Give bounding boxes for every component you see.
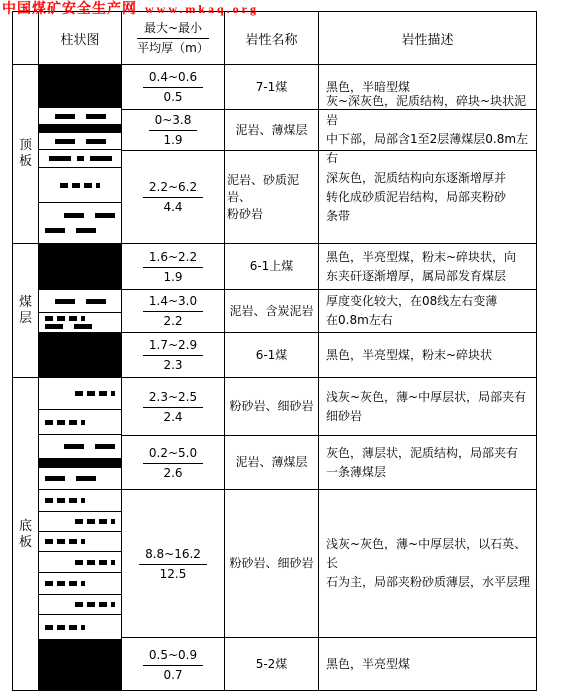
site-title-text: 中国煤矿安全生产网 <box>2 1 137 17</box>
thickness-max-min: 2.2~6.2 <box>143 179 203 198</box>
thickness-cell: 0~3.81.9 <box>122 110 225 150</box>
thickness-fraction: 1.6~2.21.9 <box>143 249 203 285</box>
lithology-desc-cell: 浅灰~灰色，薄~中厚层状，局部夹有 细砂岩 <box>319 378 536 435</box>
strat-pattern-cell-solid <box>39 244 121 290</box>
group-label-column: 顶板煤层底板 <box>13 65 39 691</box>
group-label: 顶板 <box>13 65 38 244</box>
table-row: 1.4~3.02.2泥岩、含炭泥岩厚度变化较大，在08线左右变薄 在0.8m左右 <box>122 290 536 333</box>
lithology-name-cell: 7-1煤 <box>225 65 319 109</box>
strat-pattern-cell-dash2l <box>39 468 121 490</box>
site-title: 中国煤矿安全生产网www.mkaq.org <box>2 0 259 18</box>
header-thickness-avg: 平均厚（m） <box>137 39 209 56</box>
header-blank-cell <box>13 12 39 64</box>
stratigraphy-table: 柱状图 最大~最小 平均厚（m） 岩性名称 岩性描述 顶板煤层底板 0.4~0.… <box>12 11 537 691</box>
table-row: 1.6~2.21.96-1上煤黑色，半亮型煤，粉末~碎块状，向 东夹矸逐渐增厚，… <box>122 244 536 290</box>
thickness-cell: 1.6~2.21.9 <box>122 244 225 289</box>
strat-pattern-cell-dots4r <box>39 512 121 532</box>
strat-pattern-cell-dash2x2 <box>39 203 121 244</box>
thickness-cell: 2.2~6.24.4 <box>122 151 225 243</box>
lithology-desc-cell: 浅灰~灰色，薄~中厚层状，以石英、长 石为主，局部夹粉砂质薄层，水平层理 <box>319 490 536 637</box>
thickness-max-min: 0~3.8 <box>149 112 198 131</box>
thickness-fraction: 2.2~6.24.4 <box>143 179 203 215</box>
strat-pattern-cell-dots4c <box>39 168 121 203</box>
data-rows-column: 0.4~0.60.57-1煤黑色，半暗型煤0~3.81.9泥岩、薄煤层灰~深灰色… <box>122 65 536 691</box>
thickness-max-min: 8.8~16.2 <box>139 546 207 565</box>
lithology-desc-cell: 黑色，半亮型煤，粉末~碎块状 <box>319 333 536 377</box>
lithology-desc-cell: 黑色，半亮型煤，粉末~碎块状，向 东夹矸逐渐增厚，属局部发育煤层 <box>319 244 536 289</box>
strat-pattern-cell-dash2c <box>39 133 121 150</box>
thickness-max-min: 1.4~3.0 <box>143 293 203 312</box>
thickness-cell: 1.4~3.02.2 <box>122 290 225 332</box>
thickness-avg: 0.7 <box>143 666 203 683</box>
thickness-fraction: 1.4~3.02.2 <box>143 293 203 329</box>
thickness-avg: 2.4 <box>143 408 203 425</box>
thickness-fraction: 0.4~0.60.5 <box>143 69 203 105</box>
lithology-name-cell: 泥岩、薄煤层 <box>225 110 319 150</box>
table-row: 8.8~16.212.5粉砂岩、细砂岩浅灰~灰色，薄~中厚层状，以石英、长 石为… <box>122 490 536 638</box>
strat-pattern-cell-dash2r <box>39 435 121 459</box>
thickness-fraction: 2.3~2.52.4 <box>143 389 203 425</box>
thickness-max-min: 2.3~2.5 <box>143 389 203 408</box>
thickness-cell: 1.7~2.92.3 <box>122 333 225 377</box>
strat-pattern-cell-dots4l <box>39 532 121 552</box>
strat-pattern-cell-dots4l <box>39 410 121 435</box>
strat-pattern-cell-dots4r <box>39 378 121 410</box>
thickness-avg: 2.6 <box>143 464 203 481</box>
thickness-avg: 0.5 <box>143 88 203 105</box>
group-label: 煤层 <box>13 244 38 378</box>
thickness-avg: 2.2 <box>143 312 203 329</box>
thickness-cell: 2.3~2.52.4 <box>122 378 225 435</box>
strat-pattern-cell-dots4r <box>39 552 121 573</box>
table-body: 顶板煤层底板 0.4~0.60.57-1煤黑色，半暗型煤0~3.81.9泥岩、薄… <box>13 65 536 691</box>
table-header-row: 柱状图 最大~最小 平均厚（m） 岩性名称 岩性描述 <box>13 12 536 65</box>
strat-pattern-cell-dashdot <box>39 150 121 168</box>
group-label: 底板 <box>13 378 38 691</box>
thickness-cell: 8.8~16.212.5 <box>122 490 225 637</box>
table-row: 2.3~2.52.4粉砂岩、细砂岩浅灰~灰色，薄~中厚层状，局部夹有 细砂岩 <box>122 378 536 436</box>
thickness-fraction: 0.2~5.02.6 <box>143 445 203 481</box>
strat-pattern-cell-dots4r <box>39 595 121 615</box>
site-title-url: www.mkaq.org <box>145 2 259 16</box>
header-thickness-fraction: 最大~最小 平均厚（m） <box>137 20 209 56</box>
header-thickness: 最大~最小 平均厚（m） <box>122 12 225 64</box>
header-thickness-max-min: 最大~最小 <box>137 20 209 39</box>
thickness-max-min: 0.4~0.6 <box>143 69 203 88</box>
table-row: 2.2~6.24.4泥岩、砂质泥岩、 粉砂岩深灰色，泥质结构向东逐渐增厚并 转化… <box>122 151 536 244</box>
thickness-avg: 12.5 <box>139 565 207 582</box>
thickness-avg: 1.9 <box>149 131 198 148</box>
table-row: 1.7~2.92.36-1煤黑色，半亮型煤，粉末~碎块状 <box>122 333 536 378</box>
strat-pattern-cell-solid <box>39 459 121 468</box>
lithology-name-cell: 泥岩、含炭泥岩 <box>225 290 319 332</box>
strat-pattern-column <box>39 65 122 691</box>
table-row: 0.5~0.90.75-2煤黑色，半亮型煤 <box>122 638 536 691</box>
lithology-name-cell: 泥岩、砂质泥岩、 粉砂岩 <box>225 151 319 243</box>
thickness-max-min: 1.6~2.2 <box>143 249 203 268</box>
lithology-name-cell: 6-1上煤 <box>225 244 319 289</box>
table-row: 0.2~5.02.6泥岩、薄煤层灰色，薄层状，泥质结构，局部夹有 一条薄煤层 <box>122 436 536 490</box>
strat-pattern-cell-solid <box>39 125 121 133</box>
strat-pattern-cell-dots4l <box>39 573 121 595</box>
thickness-fraction: 8.8~16.212.5 <box>139 546 207 582</box>
lithology-name-cell: 粉砂岩、细砂岩 <box>225 378 319 435</box>
lithology-name-cell: 粉砂岩、细砂岩 <box>225 490 319 637</box>
thickness-cell: 0.2~5.02.6 <box>122 436 225 489</box>
strat-pattern-cell-solid <box>39 640 121 691</box>
header-lithology-desc: 岩性描述 <box>319 12 536 64</box>
thickness-avg: 4.4 <box>143 198 203 215</box>
strat-pattern-cell-dash2c <box>39 108 121 125</box>
thickness-cell: 0.5~0.90.7 <box>122 638 225 691</box>
thickness-fraction: 0.5~0.90.7 <box>143 647 203 683</box>
header-column-chart: 柱状图 <box>39 12 122 64</box>
lithology-desc-cell: 深灰色，泥质结构向东逐渐增厚并 转化成砂质泥岩结构，局部夹粉砂 条带 <box>319 151 536 243</box>
lithology-name-cell: 泥岩、薄煤层 <box>225 436 319 489</box>
lithology-desc-cell: 灰~深灰色，泥质结构，碎块~块状泥岩 中下部，局部含1至2层薄煤层0.8m左右 <box>319 110 536 150</box>
strat-pattern-cell-dots4l <box>39 490 121 512</box>
strat-pattern-cell-solid <box>39 333 121 378</box>
lithology-desc-cell: 厚度变化较大，在08线左右变薄 在0.8m左右 <box>319 290 536 332</box>
strat-pattern-cell-solid <box>39 65 121 108</box>
thickness-max-min: 0.5~0.9 <box>143 647 203 666</box>
thickness-fraction: 1.7~2.92.3 <box>143 337 203 373</box>
thickness-avg: 1.9 <box>143 268 203 285</box>
thickness-avg: 2.3 <box>143 356 203 373</box>
thickness-cell: 0.4~0.60.5 <box>122 65 225 109</box>
header-lithology-name: 岩性名称 <box>225 12 319 64</box>
thickness-max-min: 0.2~5.0 <box>143 445 203 464</box>
strat-pattern-cell-dotsdash <box>39 313 121 333</box>
lithology-name-cell: 6-1煤 <box>225 333 319 377</box>
thickness-max-min: 1.7~2.9 <box>143 337 203 356</box>
table-row: 0~3.81.9泥岩、薄煤层灰~深灰色，泥质结构，碎块~块状泥岩 中下部，局部含… <box>122 110 536 151</box>
strat-pattern-cell-dots4l <box>39 615 121 640</box>
lithology-desc-cell: 灰色，薄层状，泥质结构，局部夹有 一条薄煤层 <box>319 436 536 489</box>
lithology-desc-cell: 黑色，半亮型煤 <box>319 638 536 691</box>
strat-pattern-cell-dash2c <box>39 290 121 313</box>
lithology-name-cell: 5-2煤 <box>225 638 319 691</box>
thickness-fraction: 0~3.81.9 <box>149 112 198 148</box>
